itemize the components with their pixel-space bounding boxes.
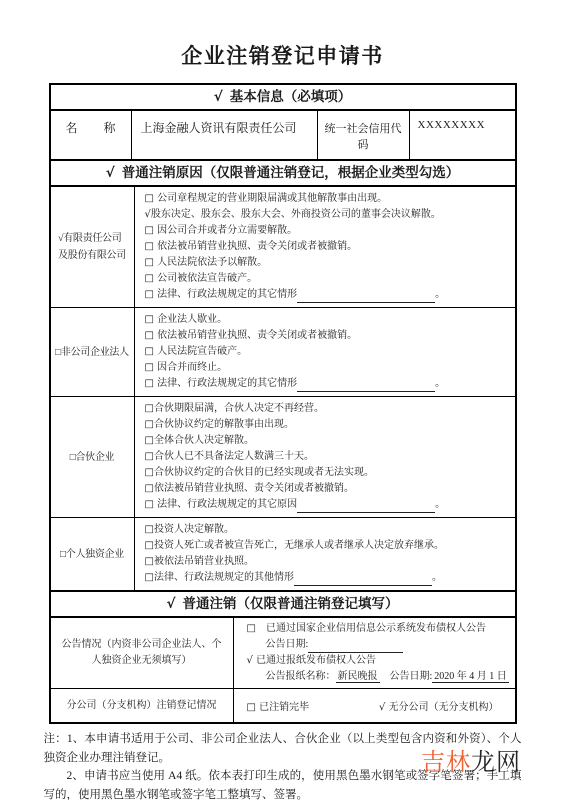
section-header-reason-text: 普通注销原因（仅限普通注销登记，根据企业类型勾选）	[122, 165, 460, 180]
option-text: 人民法院依法予以解散。	[157, 257, 267, 268]
blank-underline	[308, 642, 403, 653]
name-label: 名称	[51, 111, 131, 159]
branch-option: □ 已注销完毕	[247, 698, 310, 713]
reason-group-row-0: √有限责任公司 及股份有限公司□ 公司章程规定的营业期限届满或其他解散事由出现。…	[51, 187, 515, 307]
announcement-content: □ 已通过国家企业信用信息公示系统发布债权人公告公告日期:√ 已通过报纸发布债权…	[233, 618, 515, 688]
option-text: 公告日期:	[266, 639, 309, 650]
section-header-reason: √普通注销原因（仅限普通注销登记，根据企业类型勾选）	[51, 159, 515, 187]
checkbox-empty-icon: □	[145, 499, 158, 510]
reason-option: □被依法吊销营业执照。	[145, 554, 509, 570]
section-header-basic-info: √基本信息（必填项）	[51, 85, 515, 111]
reason-group-options: □投资人决定解散。□投资人死亡或者被宣告死亡，无继承人或者继承人决定放弃继承。□…	[134, 518, 515, 590]
reason-group-label: √有限责任公司 及股份有限公司	[51, 187, 134, 307]
checkbox-empty-icon: □	[247, 623, 266, 634]
announcement-line: □ 已通过国家企业信用信息公示系统发布债权人公告	[247, 621, 511, 637]
option-text: 因公司合并或者分立需要解散。	[157, 225, 297, 236]
reason-option: □ 人民法院依法予以解散。	[145, 255, 509, 271]
reason-option: □ 法律、行政法规规定的其它原因。	[145, 497, 509, 513]
reason-option: □全体合伙人决定解散。	[145, 433, 509, 449]
credit-code-label: 统一社会信用代码	[317, 111, 409, 159]
option-text: 法律、行政法规规定的其它原因	[157, 499, 297, 510]
reason-option: □合伙协议约定的解散事由出现。	[145, 417, 509, 433]
checkbox-empty-icon: □	[145, 257, 158, 268]
option-text: 投资人决定解散。	[154, 524, 234, 535]
check-mark-icon: √	[379, 702, 389, 713]
option-text: 。	[435, 378, 445, 389]
checkbox-empty-icon: □	[145, 467, 154, 478]
reason-group-row-1: □非公司企业法人□ 企业法人歇业。□ 依法被吊销营业执照、责令关闭或者被撤销。□…	[51, 307, 515, 396]
option-text: 股东决定、股东会、股东大会、外商投资公司的董事会决议解散。	[151, 209, 441, 220]
reason-group-row-2: □合伙企业□合伙期限届满，合伙人决定不再经营。□合伙协议约定的解散事由出现。□全…	[51, 396, 515, 517]
credit-code-value: XXXXXXXX	[409, 111, 515, 159]
reason-option: □合伙人已不具备法定人数满三十天。	[145, 449, 509, 465]
reason-option: □投资人死亡或者被宣告死亡，无继承人或者继承人决定放弃继承。	[145, 538, 509, 554]
option-text: 企业法人歇业。	[157, 314, 227, 325]
option-text: 。	[435, 289, 445, 300]
blank-underline	[297, 381, 435, 392]
reason-option: □ 企业法人歇业。	[145, 312, 509, 328]
reason-groups: √有限责任公司 及股份有限公司□ 公司章程规定的营业期限届满或其他解散事由出现。…	[51, 187, 515, 590]
reason-option: □ 因公司合并或者分立需要解散。	[145, 223, 509, 239]
checkbox-empty-icon: □	[247, 702, 260, 713]
option-text: 法律、行政法规规定的其它情形	[157, 289, 297, 300]
checkbox-empty-icon: □	[145, 289, 158, 300]
option-text: 公司被依法宣告破产。	[157, 273, 257, 284]
reason-group-options: □合伙期限届满，合伙人决定不再经营。□合伙协议约定的解散事由出现。□全体合伙人决…	[134, 397, 515, 517]
option-text: 已通过报纸发布债权人公告	[256, 655, 376, 666]
option-text: 公告报纸名称：	[266, 671, 336, 682]
blank-underline	[294, 575, 432, 586]
reason-option: □依法被吊销营业执照、责令关闭或者被撤销。	[145, 481, 509, 497]
filled-value-underlined: 2020 年 4 月 1 日	[432, 671, 509, 683]
option-text: 合伙人已不具备法定人数满三十天。	[154, 451, 314, 462]
option-text: 公告日期:	[380, 671, 433, 682]
reason-option: □ 公司章程规定的营业期限届满或其他解散事由出现。	[145, 191, 509, 207]
check-mark-icon: √	[166, 596, 175, 612]
check-mark-icon: √	[106, 165, 115, 181]
check-mark-icon: √	[247, 655, 257, 666]
reason-option: □法律、行政法规规定的其他情形。	[145, 570, 509, 586]
announcement-line: 公告日期:	[247, 637, 511, 653]
option-text: 依法被吊销营业执照、责令关闭或者被撤销。	[157, 241, 357, 252]
checkbox-empty-icon: □	[145, 572, 154, 583]
option-text: 依法被吊销营业执照、责令关闭或者被撤销。	[154, 483, 354, 494]
name-row: 名称 上海金融人资讯有限责任公司 统一社会信用代码 XXXXXXXX	[51, 111, 515, 159]
name-value: 上海金融人资讯有限责任公司	[131, 111, 317, 159]
reason-group-label: □个人独资企业	[51, 518, 134, 590]
checkbox-empty-icon: □	[145, 378, 158, 389]
reason-option: √股东决定、股东会、股东大会、外商投资公司的董事会决议解散。	[145, 207, 509, 223]
option-text: 依法被吊销营业执照、责令关闭或者被撤销。	[157, 330, 357, 341]
reason-option: □ 法律、行政法规规定的其它情形。	[145, 287, 509, 303]
watermark-highlight: 吉林	[421, 749, 471, 776]
reason-option: □ 依法被吊销营业执照、责令关闭或者被撤销。	[145, 239, 509, 255]
reason-option: □ 因合并而终止。	[145, 360, 509, 376]
checkbox-empty-icon: □	[145, 419, 154, 430]
reason-option: □ 公司被依法宣告破产。	[145, 271, 509, 287]
checkbox-empty-icon: □	[145, 225, 158, 236]
reason-option: □ 人民法院宣告破产。	[145, 344, 509, 360]
reason-option: □ 依法被吊销营业执照、责令关闭或者被撤销。	[145, 328, 509, 344]
reason-option: □投资人决定解散。	[145, 522, 509, 538]
announcement-row: 公告情况（内资非公司企业法人、个人独资企业无须填写） □ 已通过国家企业信用信息…	[51, 618, 515, 688]
section-header-cancellation-text: 普通注销（仅限普通注销登记填写）	[183, 596, 399, 611]
checkbox-empty-icon: □	[145, 273, 158, 284]
option-text: 。	[435, 499, 445, 510]
checkbox-empty-icon: □	[145, 540, 154, 551]
reason-group-label: □合伙企业	[51, 397, 134, 517]
blank-underline	[297, 292, 435, 303]
blank-underline	[297, 502, 435, 513]
branch-option: √ 无分公司（无分支机构）	[379, 698, 499, 713]
announcement-line: 公告报纸名称：新民晚报 公告日期:2020 年 4 月 1 日	[247, 669, 511, 685]
option-text: 已通过国家企业信用信息公示系统发布债权人公告	[266, 623, 486, 634]
reason-option: □合伙期限届满，合伙人决定不再经营。	[145, 401, 509, 417]
branch-content: □ 已注销完毕√ 无分公司（无分支机构）	[233, 689, 515, 722]
branch-label: 分公司（分支机构）注销登记情况	[51, 689, 233, 722]
section-header-cancellation: √普通注销（仅限普通注销登记填写）	[51, 590, 515, 618]
watermark: 吉林龙网	[421, 742, 521, 777]
check-mark-icon: √	[214, 89, 223, 105]
checkbox-empty-icon: □	[145, 362, 158, 373]
branch-row: 分公司（分支机构）注销登记情况 □ 已注销完毕√ 无分公司（无分支机构）	[51, 688, 515, 722]
checkbox-empty-icon: □	[145, 435, 154, 446]
option-text: 人民法院宣告破产。	[157, 346, 247, 357]
checkbox-empty-icon: □	[145, 483, 154, 494]
checkbox-empty-icon: □	[145, 524, 154, 535]
option-text: 合伙协议约定的解散事由出现。	[154, 419, 294, 430]
page-title: 企业注销登记申请书	[0, 40, 565, 70]
option-text: 已注销完毕	[259, 702, 309, 713]
announcement-label: 公告情况（内资非公司企业法人、个人独资企业无须填写）	[51, 618, 233, 688]
filled-value-underlined: 新民晚报	[336, 671, 380, 683]
application-form: √基本信息（必填项） 名称 上海金融人资讯有限责任公司 统一社会信用代码 XXX…	[49, 83, 517, 724]
option-text: 合伙期限届满，合伙人决定不再经营。	[154, 403, 324, 414]
document-page: { "title": "企业注销登记申请书", "basic": { "chec…	[0, 0, 565, 800]
option-text: 全体合伙人决定解散。	[154, 435, 254, 446]
option-text: 。	[432, 572, 442, 583]
checkbox-empty-icon: □	[145, 346, 158, 357]
reason-option: □合伙协议约定的合伙目的已经实现或者无法实现。	[145, 465, 509, 481]
option-text: 法律、行政法规规定的其它情形	[157, 378, 297, 389]
checkbox-empty-icon: □	[145, 451, 154, 462]
reason-group-options: □ 企业法人歇业。□ 依法被吊销营业执照、责令关闭或者被撤销。□ 人民法院宣告破…	[134, 308, 515, 396]
reason-group-options: □ 公司章程规定的营业期限届满或其他解散事由出现。√股东决定、股东会、股东大会、…	[134, 187, 515, 307]
section-header-basic-info-text: 基本信息（必填项）	[230, 89, 352, 104]
announcement-line: √ 已通过报纸发布债权人公告	[247, 653, 511, 669]
checkbox-empty-icon: □	[145, 314, 158, 325]
checkbox-empty-icon: □	[145, 193, 158, 204]
reason-group-row-3: □个人独资企业□投资人决定解散。□投资人死亡或者被宣告死亡，无继承人或者继承人决…	[51, 517, 515, 590]
option-text: 法律、行政法规规定的其他情形	[154, 572, 294, 583]
option-text: 投资人死亡或者被宣告死亡，无继承人或者继承人决定放弃继承。	[154, 540, 444, 551]
option-text: 因合并而终止。	[157, 362, 227, 373]
reason-option: □ 法律、行政法规规定的其它情形。	[145, 376, 509, 392]
option-text: 无分公司（无分支机构）	[389, 702, 499, 713]
option-text: 合伙协议约定的合伙目的已经实现或者无法实现。	[154, 467, 374, 478]
checkbox-empty-icon: □	[145, 330, 158, 341]
reason-group-label: □非公司企业法人	[51, 308, 134, 396]
watermark-rest: 龙网	[471, 749, 521, 776]
checkbox-empty-icon: □	[145, 556, 154, 567]
option-text: 被依法吊销营业执照。	[154, 556, 254, 567]
checkbox-empty-icon: □	[145, 241, 158, 252]
option-text: 公司章程规定的营业期限届满或其他解散事由出现。	[157, 193, 387, 204]
checkbox-empty-icon: □	[145, 403, 154, 414]
